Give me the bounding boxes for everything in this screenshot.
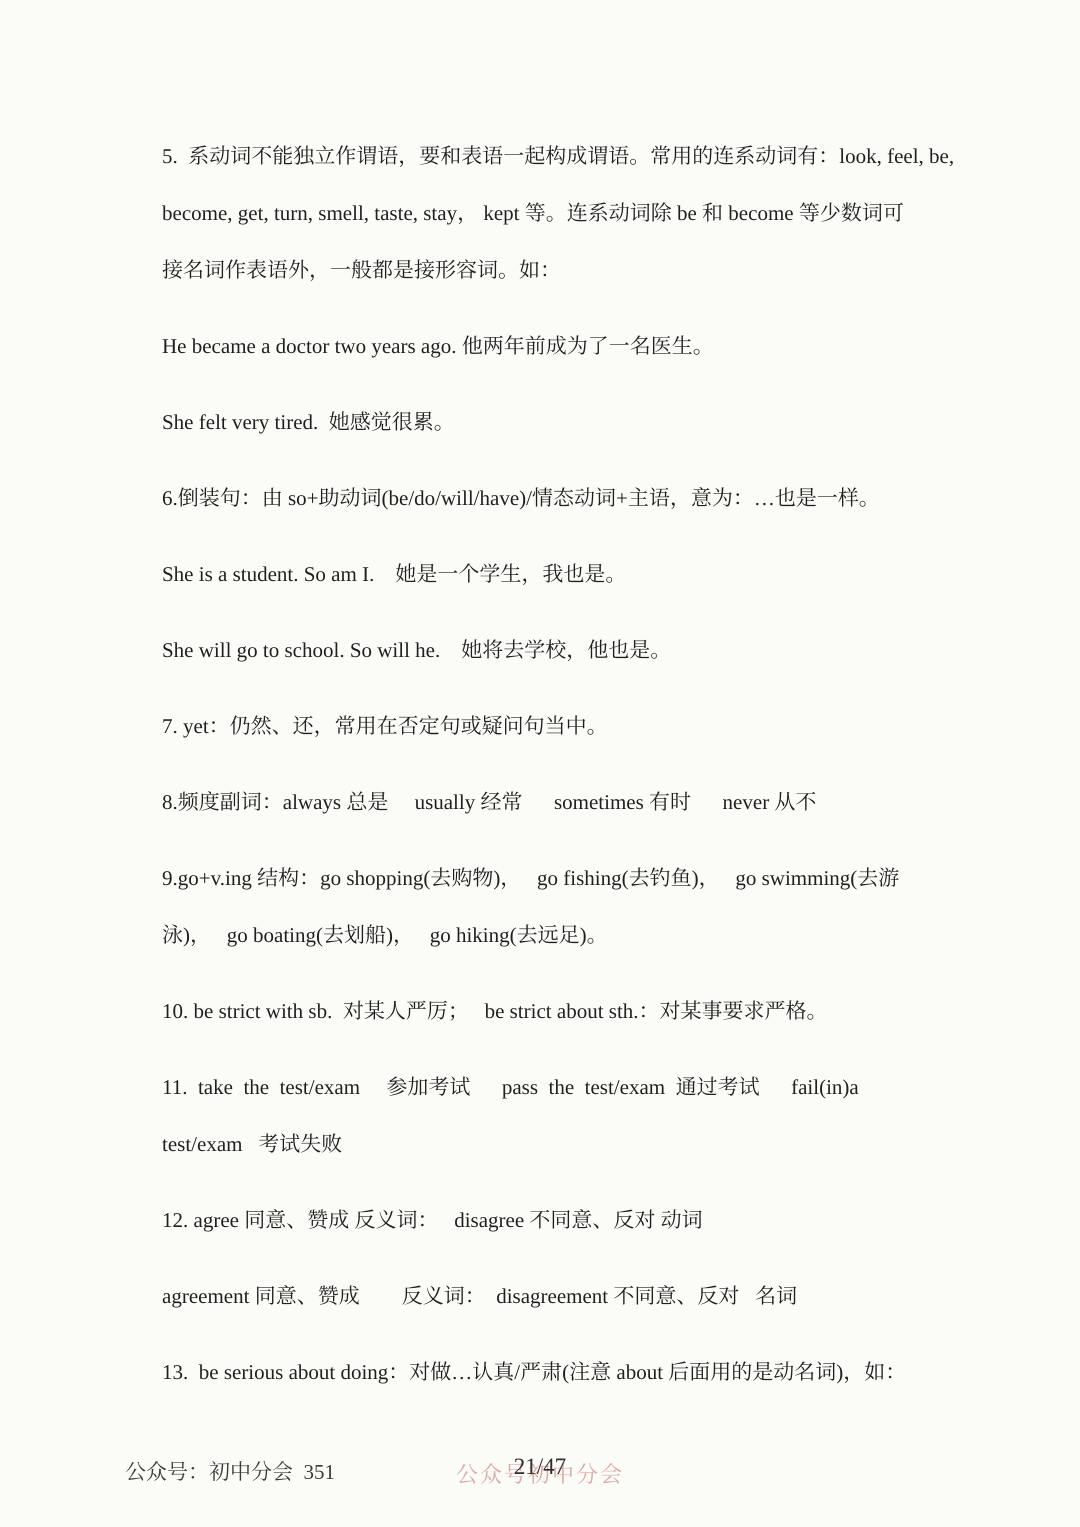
example-so-am-i: She is a student. So am I. 她是一个学生，我也是。: [162, 546, 952, 603]
text-line: 6.倒装句：由 so+助动词(be/do/will/have)/情态动词+主语，…: [162, 470, 952, 527]
page-number-area: 公众号初中分会 21/47: [450, 1448, 630, 1492]
example-she-felt-tired: She felt very tired. 她感觉很累。: [162, 394, 952, 451]
text-line: 11. take the test/exam 参加考试 pass the tes…: [162, 1059, 952, 1116]
document-page: { "page": { "colors": { "background": "#…: [0, 0, 1080, 1527]
text-line: 泳)， go boating(去划船)， go hiking(去远足)。: [162, 907, 952, 964]
page-footer: 公众号：初中分会 351 公众号初中分会 21/47: [0, 1448, 1080, 1492]
document-body: 5. 系动词不能独立作谓语，要和表语一起构成谓语。常用的连系动词有：look, …: [162, 128, 952, 1401]
paragraph-12-agreement: agreement 同意、赞成 反义词： disagreement 不同意、反对…: [162, 1268, 952, 1325]
footer-account-label: 公众号：初中分会 351: [125, 1456, 335, 1486]
paragraph-5-linking-verbs: 5. 系动词不能独立作谓语，要和表语一起构成谓语。常用的连系动词有：look, …: [162, 128, 952, 299]
text-line: He became a doctor two years ago. 他两年前成为…: [162, 318, 952, 375]
example-so-will-he: She will go to school. So will he. 她将去学校…: [162, 622, 952, 679]
paragraph-13-be-serious: 13. be serious about doing：对做…认真/严肃(注意 a…: [162, 1344, 952, 1401]
text-line: 7. yet：仍然、还，常用在否定句或疑问句当中。: [162, 698, 952, 755]
paragraph-6-inversion: 6.倒装句：由 so+助动词(be/do/will/have)/情态动词+主语，…: [162, 470, 952, 527]
text-line: test/exam 考试失败: [162, 1116, 952, 1173]
text-line: She felt very tired. 她感觉很累。: [162, 394, 952, 451]
text-line: 接名词作表语外，一般都是接形容词。如：: [162, 242, 952, 299]
text-line: 10. be strict with sb. 对某人严厉； be strict …: [162, 983, 952, 1040]
page-number: 21/47: [450, 1454, 630, 1480]
paragraph-7-yet: 7. yet：仍然、还，常用在否定句或疑问句当中。: [162, 698, 952, 755]
text-line: agreement 同意、赞成 反义词： disagreement 不同意、反对…: [162, 1268, 952, 1325]
text-line: 9.go+v.ing 结构：go shopping(去购物)， go fishi…: [162, 850, 952, 907]
text-line: 5. 系动词不能独立作谓语，要和表语一起构成谓语。常用的连系动词有：look, …: [162, 128, 952, 185]
text-line: She is a student. So am I. 她是一个学生，我也是。: [162, 546, 952, 603]
paragraph-9-go-ving: 9.go+v.ing 结构：go shopping(去购物)， go fishi…: [162, 850, 952, 964]
text-line: 8.频度副词：always 总是 usually 经常 sometimes 有时…: [162, 774, 952, 831]
text-line: become, get, turn, smell, taste, stay， k…: [162, 185, 952, 242]
example-he-became-doctor: He became a doctor two years ago. 他两年前成为…: [162, 318, 952, 375]
text-line: 13. be serious about doing：对做…认真/严肃(注意 a…: [162, 1344, 952, 1401]
paragraph-11-take-test: 11. take the test/exam 参加考试 pass the tes…: [162, 1059, 952, 1173]
paragraph-10-be-strict: 10. be strict with sb. 对某人严厉； be strict …: [162, 983, 952, 1040]
text-line: 12. agree 同意、赞成 反义词： disagree 不同意、反对 动词: [162, 1192, 952, 1249]
paragraph-12-agree: 12. agree 同意、赞成 反义词： disagree 不同意、反对 动词: [162, 1192, 952, 1249]
text-line: She will go to school. So will he. 她将去学校…: [162, 622, 952, 679]
paragraph-8-frequency-adverbs: 8.频度副词：always 总是 usually 经常 sometimes 有时…: [162, 774, 952, 831]
